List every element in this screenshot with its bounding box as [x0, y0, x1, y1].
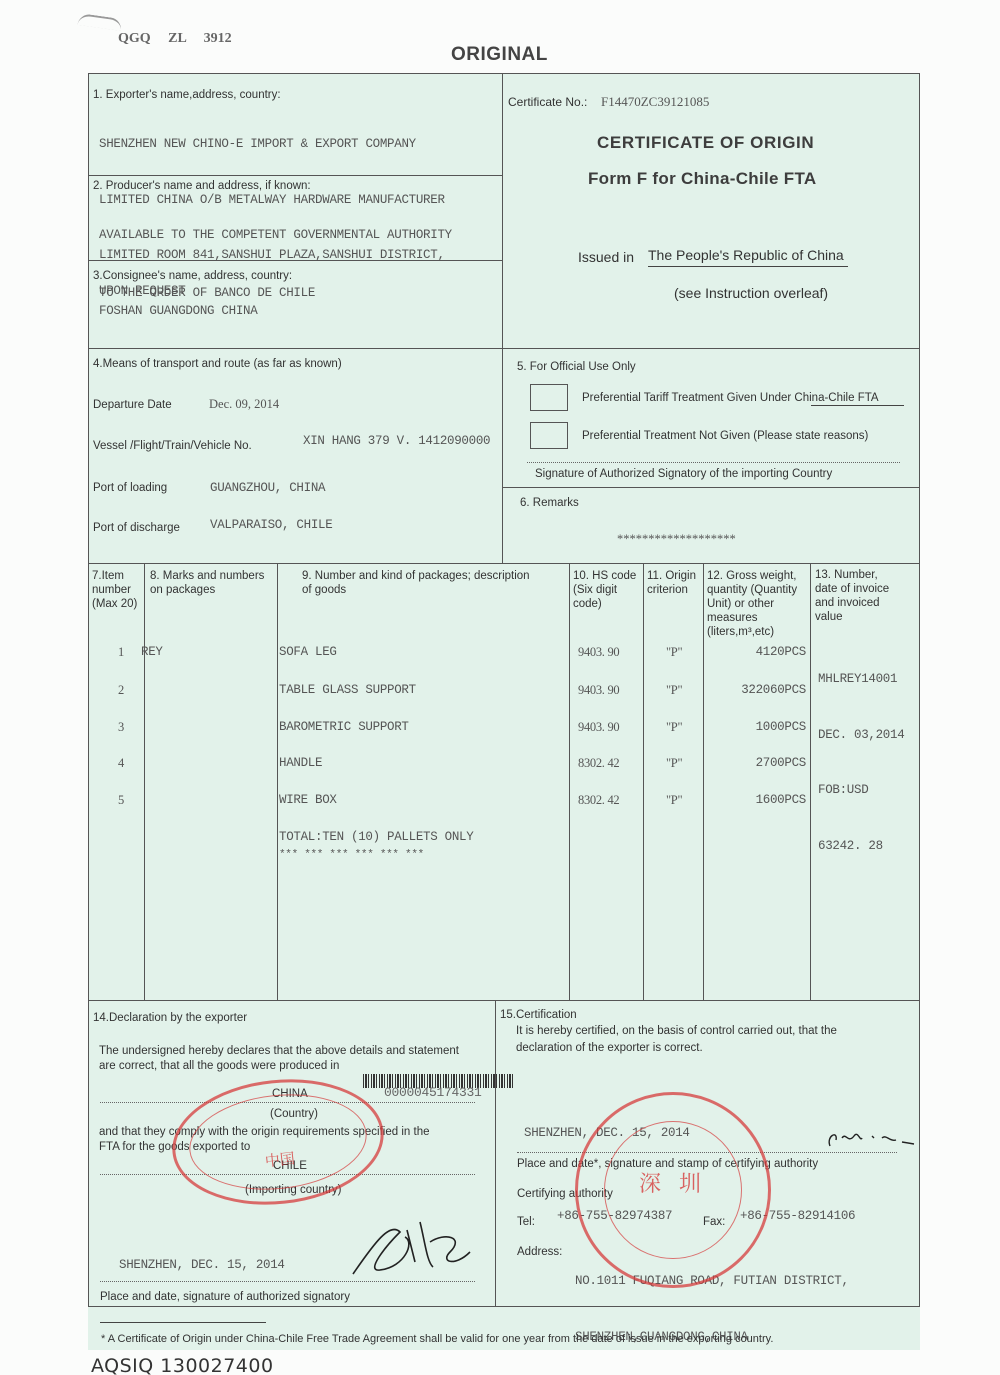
exporter-place-date: SHENZHEN, DEC. 15, 2014: [119, 1256, 285, 1275]
aqsiq-code: AQSIQ 130027400: [91, 1355, 274, 1375]
divider: [88, 1000, 920, 1001]
fax-label: Fax:: [703, 1215, 725, 1229]
port-loading-value: GUANGZHOU, CHINA: [210, 479, 325, 498]
item-number: 1: [118, 643, 124, 662]
divider: [144, 563, 145, 1000]
quantity: 4120PCS: [756, 643, 806, 662]
divider: [810, 563, 811, 1000]
certifying-authority-label: Certifying authority: [517, 1187, 613, 1201]
certification-signature-line: [517, 1152, 897, 1153]
item-number: 5: [118, 791, 124, 810]
hs-code: 9403. 90: [578, 643, 619, 662]
address-label: Address:: [517, 1245, 562, 1259]
serial-number: QGQ ZL 3912: [118, 31, 232, 47]
paper-clip-mark: [77, 13, 122, 31]
divider: [502, 73, 503, 563]
divider: [703, 563, 704, 1000]
divider: [643, 563, 644, 1000]
issued-in-label: Issued in: [578, 249, 634, 265]
tel-value: +86-755-82974387: [557, 1207, 672, 1226]
origin-criterion: "P": [666, 791, 682, 810]
divider: [88, 563, 920, 564]
goods-description: WIRE BOX: [279, 791, 337, 810]
certification-statement-2: declaration of the exporter is correct.: [516, 1041, 703, 1055]
item-number: 3: [118, 718, 124, 737]
invoice-header: 13. Number, date of invoice and invoiced…: [815, 568, 889, 624]
importing-country-value: CHILE: [273, 1159, 307, 1173]
country-value: CHINA: [272, 1087, 308, 1101]
country-line: [100, 1102, 475, 1103]
exporter-line: SHENZHEN NEW CHINO-E IMPORT & EXPORT COM…: [99, 135, 445, 154]
divider: [569, 563, 570, 1000]
origin-criterion: "P": [666, 643, 682, 662]
description-header: 9. Number and kind of packages; descript…: [302, 569, 530, 597]
tel-label: Tel:: [517, 1215, 535, 1229]
invoice-terms: FOB:USD: [818, 781, 904, 800]
remarks-label: 6. Remarks: [520, 496, 579, 510]
barcode-number: 0000045174331: [384, 1084, 482, 1103]
item-number-header: 7.Item number (Max 20): [92, 569, 137, 611]
underline: [811, 405, 904, 406]
certificate-subtitle: Form F for China-Chile FTA: [588, 169, 816, 189]
instruction-note: (see Instruction overleaf): [674, 285, 828, 301]
item-number: 2: [118, 681, 124, 700]
shipping-marks: REY: [141, 643, 163, 662]
invoice-amount: 63242. 28: [818, 837, 904, 856]
footnote-rule: [100, 1322, 266, 1323]
consignee-label: 3.Consignee's name, address, country:: [93, 269, 292, 283]
hs-code: 9403. 90: [578, 681, 619, 700]
vessel-value: XIN HANG 379 V. 1412090000: [303, 432, 490, 451]
origin-criterion: "P": [666, 718, 682, 737]
origin-criterion: "P": [666, 681, 682, 700]
copy-type-label: ORIGINAL: [451, 44, 548, 66]
hs-code-header: 10. HS code (Six digit code): [573, 569, 636, 611]
importing-country-line: [100, 1174, 475, 1175]
tariff-given-label: Preferential Tariff Treatment Given Unde…: [582, 391, 879, 405]
invoice-date: DEC. 03,2014: [818, 726, 904, 745]
official-use-label: 5. For Official Use Only: [517, 360, 636, 374]
producer-line: AVAILABLE TO THE COMPETENT GOVERNMENTAL …: [99, 226, 452, 245]
gross-weight-header: 12. Gross weight, quantity (Quantity Uni…: [707, 569, 797, 639]
divider: [277, 563, 278, 1000]
not-given-checkbox[interactable]: [530, 422, 568, 449]
goods-description: BAROMETRIC SUPPORT: [279, 718, 409, 737]
departure-date-label: Departure Date: [93, 398, 172, 412]
certifier-signature: [822, 1124, 917, 1154]
total-packages: TOTAL:TEN (10) PALLETS ONLY: [279, 828, 473, 847]
not-given-label: Preferential Treatment Not Given (Please…: [582, 429, 868, 443]
item-number: 4: [118, 754, 124, 773]
port-loading-label: Port of loading: [93, 481, 167, 495]
certificate-no-label: Certificate No.:: [508, 95, 587, 109]
origin-criterion-header: 11. Origin criterion: [647, 569, 696, 597]
total-stars: *** *** *** *** *** ***: [279, 846, 424, 865]
declaration-statement-4: FTA for the goods exported to: [99, 1140, 250, 1154]
declaration-statement-3: and that they comply with the origin req…: [99, 1125, 430, 1139]
quantity: 2700PCS: [756, 754, 806, 773]
quantity: 1000PCS: [756, 718, 806, 737]
transport-label: 4.Means of transport and route (as far a…: [93, 357, 342, 371]
declaration-label: 14.Declaration by the exporter: [93, 1011, 247, 1025]
signature-line: [527, 462, 900, 463]
divider: [495, 1000, 496, 1307]
certificate-no-value: F14470ZC39121085: [601, 93, 709, 112]
invoice-number: MHLREY14001: [818, 670, 904, 689]
departure-date-value: Dec. 09, 2014: [209, 395, 279, 414]
vessel-label: Vessel /Flight/Train/Vehicle No.: [93, 439, 252, 453]
goods-description: HANDLE: [279, 754, 322, 773]
goods-description: TABLE GLASS SUPPORT: [279, 681, 416, 700]
certification-statement-1: It is hereby certified, on the basis of …: [516, 1024, 837, 1038]
certification-signature-label: Place and date*, signature and stamp of …: [517, 1157, 818, 1171]
remarks-value: *******************: [617, 530, 736, 549]
divider: [88, 348, 920, 349]
importing-country-caption: (Importing country): [245, 1183, 342, 1197]
address-line: NO.1011 FUQIANG ROAD, FUTIAN DISTRICT,: [575, 1272, 849, 1291]
certificate-title: CERTIFICATE OF ORIGIN: [597, 133, 814, 153]
tariff-given-checkbox[interactable]: [530, 384, 568, 411]
certification-label: 15.Certification: [500, 1008, 577, 1022]
hs-code: 9403. 90: [578, 718, 619, 737]
port-discharge-value: VALPARAISO, CHILE: [210, 516, 332, 535]
origin-criterion: "P": [666, 754, 682, 773]
goods-description: SOFA LEG: [279, 643, 337, 662]
exporter-signature: [345, 1212, 475, 1282]
country-caption: (Country): [270, 1107, 318, 1121]
consignee-value: TO THE ORDER OF BANCO DE CHILE: [99, 284, 315, 303]
footnote: * A Certificate of Origin under China-Ch…: [101, 1332, 773, 1346]
hs-code: 8302. 42: [578, 754, 619, 773]
hs-code: 8302. 42: [578, 791, 619, 810]
declaration-statement-1: The undersigned hereby declares that the…: [99, 1044, 459, 1058]
declaration-statement-2: are correct, that all the goods were pro…: [99, 1059, 339, 1073]
fax-value: +86-755-82914106: [740, 1207, 855, 1226]
divider: [502, 487, 920, 488]
certification-place-date: SHENZHEN, DEC. 15, 2014: [524, 1124, 690, 1143]
issued-in-value: The People's Republic of China: [648, 247, 848, 267]
invoice-value: MHLREY14001 DEC. 03,2014 FOB:USD 63242. …: [818, 633, 904, 874]
importing-signature-label: Signature of Authorized Signatory of the…: [535, 467, 832, 481]
quantity: 1600PCS: [756, 791, 806, 810]
marks-header: 8. Marks and numbers on packages: [150, 569, 264, 597]
exporter-signature-label: Place and date, signature of authorized …: [100, 1290, 350, 1304]
quantity: 322060PCS: [741, 681, 806, 700]
port-discharge-label: Port of discharge: [93, 521, 180, 535]
